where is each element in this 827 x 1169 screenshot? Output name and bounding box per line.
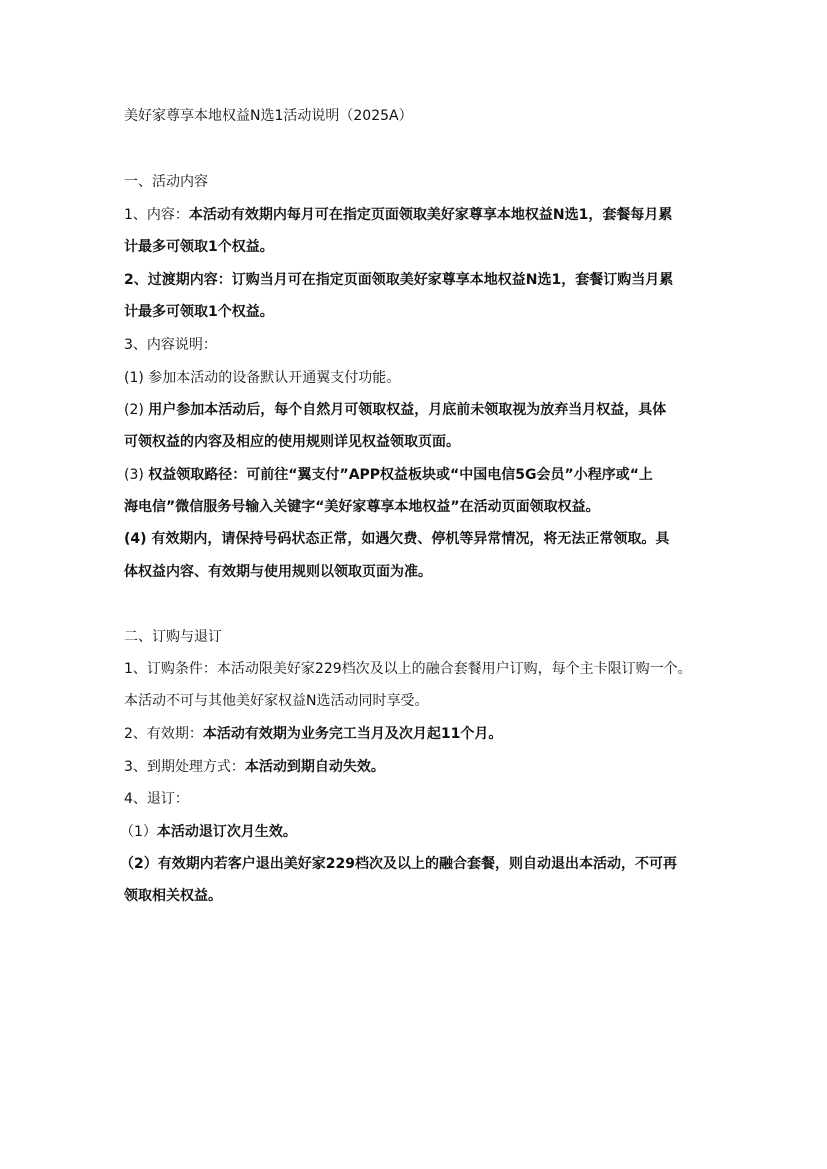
- s2-item3: 3、到期处理方式：本活动到期自动失效。: [124, 758, 385, 776]
- p1-label: (1): [124, 370, 144, 386]
- s1-item2: 2、过渡期内容：订购当月可在指定页面领取美好家尊享本地权益N选1，套餐订购当月累: [124, 271, 673, 289]
- s1-item3-label: 3、内容说明：: [124, 336, 217, 354]
- s2-item1-label: 1、订购条件：: [124, 661, 217, 677]
- s1-item2-text: 订购当月可在指定页面领取美好家尊享本地权益N选1，套餐订购当月累: [232, 272, 673, 288]
- s2-p2-label: （2）: [120, 856, 158, 872]
- p2-label: (2): [124, 402, 144, 418]
- s2-p1-label: （1）: [120, 824, 157, 840]
- document-title: 美好家尊享本地权益N选1活动说明（2025A）: [124, 107, 413, 125]
- s1-item3-p4: (4) 有效期内，请保持号码状态正常，如遇欠费、停机等异常情况，将无法正常领取。…: [124, 530, 669, 548]
- s2-item2-label: 2、有效期：: [124, 726, 203, 742]
- s1-item3-p3-cont: 海电信”微信服务号输入关键字“美好家尊享本地权益”在活动页面领取权益。: [124, 498, 600, 516]
- s2-item1: 1、订购条件：本活动限美好家229档次及以上的融合套餐用户订购，每个主卡限订购一…: [124, 660, 692, 678]
- s2-item2-text: 本活动有效期为业务完工当月及次月起11个月。: [203, 726, 502, 742]
- s2-p1-text: 本活动退订次月生效。: [157, 824, 297, 840]
- s1-item3-p1: (1) 参加本活动的设备默认开通翼支付功能。: [124, 369, 400, 387]
- s1-item1-text: 本活动有效期内每月可在指定页面领取美好家尊享本地权益N选1，套餐每月累: [189, 207, 672, 223]
- s2-item4-label: 4、退订：: [124, 790, 189, 808]
- s2-item1-text: 本活动限美好家229档次及以上的融合套餐用户订购，每个主卡限订购一个。: [217, 661, 692, 677]
- p2-text: 用户参加本活动后，每个自然月可领取权益，月底前未领取视为放弃当月权益，具体: [148, 402, 666, 418]
- s2-item1-cont: 本活动不可与其他美好家权益N选活动同时享受。: [124, 692, 428, 710]
- s1-item2-cont: 计最多可领取1个权益。: [124, 303, 274, 321]
- section1-heading: 一、活动内容: [124, 173, 208, 191]
- section2-heading: 二、订购与退订: [124, 628, 222, 646]
- p3-label: (3): [124, 467, 144, 483]
- s2-item4-p2: （2）有效期内若客户退出美好家229档次及以上的融合套餐，则自动退出本活动，不可…: [120, 855, 677, 873]
- s1-item1-label: 1、内容：: [124, 207, 189, 223]
- s1-item3-p3: (3) 权益领取路径：可前往“翼支付”APP权益板块或“中国电信5G会员”小程序…: [124, 466, 653, 484]
- s2-item4-p2-cont: 领取相关权益。: [124, 887, 222, 905]
- s1-item3-p2: (2) 用户参加本活动后，每个自然月可领取权益，月底前未领取视为放弃当月权益，具…: [124, 401, 666, 419]
- p4-text: 有效期内，请保持号码状态正常，如遇欠费、停机等异常情况，将无法正常领取。具: [151, 531, 669, 547]
- s1-item3-p4-cont: 体权益内容、有效期与使用规则以领取页面为准。: [124, 563, 432, 581]
- s2-item3-label: 3、到期处理方式：: [124, 759, 245, 775]
- s2-item3-text: 本活动到期自动失效。: [245, 759, 385, 775]
- p3-text: 权益领取路径：可前往“翼支付”APP权益板块或“中国电信5G会员”小程序或“上: [148, 467, 653, 483]
- p1-text: 参加本活动的设备默认开通翼支付功能。: [148, 370, 400, 386]
- s1-item1: 1、内容：本活动有效期内每月可在指定页面领取美好家尊享本地权益N选1，套餐每月累: [124, 206, 672, 224]
- s1-item1-cont: 计最多可领取1个权益。: [124, 238, 274, 256]
- s2-p2-text: 有效期内若客户退出美好家229档次及以上的融合套餐，则自动退出本活动，不可再: [158, 856, 677, 872]
- p4-label: (4): [124, 531, 147, 547]
- s1-item3-p2-cont: 可领权益的内容及相应的使用规则详见权益领取页面。: [124, 433, 460, 451]
- s2-item4-p1: （1）本活动退订次月生效。: [120, 823, 297, 841]
- s2-item2: 2、有效期：本活动有效期为业务完工当月及次月起11个月。: [124, 725, 502, 743]
- s1-item2-label: 2、过渡期内容：: [124, 272, 232, 288]
